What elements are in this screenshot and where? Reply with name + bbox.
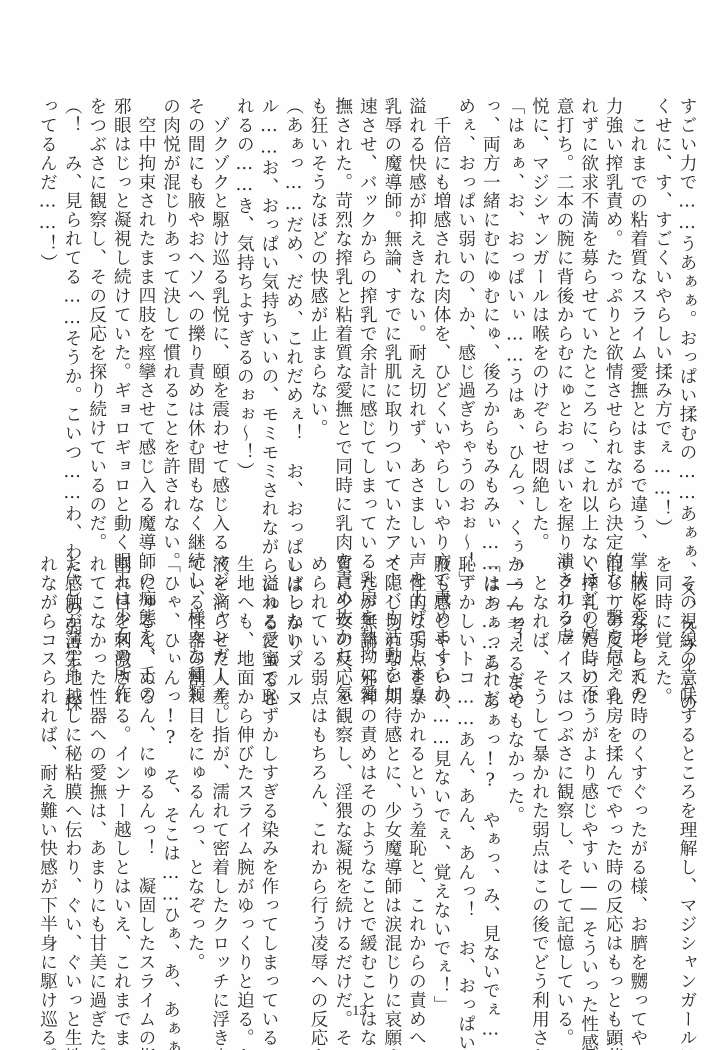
text-column: く搾乳した時のほうがより感じやすい——そういった性感のすべてを、 bbox=[576, 555, 601, 935]
text-column: 速させ、バックからの搾乳で余計に感じてしまっている乳房を執拗に愛 bbox=[355, 97, 380, 517]
text-column: て隠し切れない期待感とに、少女魔導師は涙混じりに哀願する。 bbox=[379, 555, 404, 935]
text-column: その視線の意味するところを理解し、マジシャンガールは羞恥と恐怖 bbox=[674, 555, 699, 935]
text-column: 恥ずかしいトコ……あん、あん、あんっ！ お、おっぱい弱いの、わ、 bbox=[453, 555, 478, 935]
page-number: 13 bbox=[0, 1003, 719, 1020]
text-column: 液を滴らせた人差し指が、濡れて密着したクロッチに浮き出してしまっ bbox=[207, 555, 232, 935]
text-column: （！ み、見られてる……そうか。こいつ……わ、わたしの弱点を、探 bbox=[60, 97, 85, 517]
text-column: 邪眼はじっと凝視し続けていた。ギョロギョロと動く眼玉は少女の所作 bbox=[109, 97, 134, 517]
text-column: 腋をなぞられた時のくすぐったがる様、お臍を嬲ってやった時の羞恥 bbox=[625, 555, 650, 935]
text-column: 「ひゃ、ひぃんっ!? そ、そこは……ひぁ、あ、あぁぁんっ！」 bbox=[158, 555, 183, 935]
text-column: 悦に、マジシャンガールは喉をのけぞらせ悶絶した。 bbox=[527, 97, 552, 517]
text-column: くせに、す、すごくいやらしい揉み方でぇ……！） bbox=[650, 97, 675, 517]
text-column: められている弱点はもちろん、これから行う凌辱への反応も決して見逃 bbox=[306, 555, 331, 935]
text-column: 溢れる快感が抑えきれない。耐え切れず、あさましい声を上げてしまう bbox=[404, 97, 429, 517]
text-column: 「はぁぁ、お、おっぱいぃ……うはぁ、ひんっ、くぅぅぅんっ！ だめ bbox=[502, 97, 527, 517]
text-column: の肉悦が混じりあって決して慣れることを許されない。 bbox=[158, 97, 183, 517]
text-column: をつぶさに観察し、その反応を探り続けているのだ。 bbox=[84, 97, 109, 517]
text-column: だが無論、邪神の責めはそのようなことで緩むことはない。ただ無機 bbox=[355, 555, 380, 935]
text-block-lower: その視線の意味するところを理解し、マジシャンガールは羞恥と恐怖を同時に覚えた。 … bbox=[35, 555, 699, 935]
text-column: となれば、そうして暴かれた弱点はこの後でどう利用されてしまうの bbox=[527, 555, 552, 935]
text-column: すごい力で……うあぁぁ。おっぱい揉むの……あぁぁ、ス、スライムの bbox=[674, 97, 699, 517]
text-column: ル……お、おっぱい気持ちいいの、モミモミされながらにゅるにゅるさ bbox=[256, 97, 281, 517]
text-column: ている性器の割れ目をにゅるんっ、となぞった。 bbox=[183, 555, 208, 935]
text-block-upper: すごい力で……うあぁぁ。おっぱい揉むの……あぁぁ、ス、スライムのくせに、す、すご… bbox=[35, 97, 699, 517]
text-column: 千倍にも増感された肉体を、ひどくいやらしいやり方で責めまくられ、 bbox=[428, 97, 453, 517]
text-column: 混じりの反応。乳房を揉んでやった時の反応はもっとも顕著だが、力強 bbox=[601, 555, 626, 935]
text-column: た感触が薄生地越しに秘粘膜へ伝わり、ぐい、ぐいっと生地を押しこま bbox=[60, 555, 85, 935]
text-column: しはしない。 bbox=[281, 555, 306, 935]
text-column: 乳辱の魔導師。無論、すでに乳肌に取りついていたアメーバも活動を加 bbox=[379, 97, 404, 517]
text-column: 質に少女の反応を観察し、淫猥な凝視を続けるだけだ。その視線は今責 bbox=[330, 555, 355, 935]
text-column: にゅるん、ぬるん、にゅるんっ！ 凝固したスライムの指に、力強く bbox=[133, 555, 158, 935]
text-column: も狂いそうなほどの快感が止まらない。 bbox=[306, 97, 331, 517]
text-column: サクリファイスはつぶさに観察し、そして記憶している。 bbox=[551, 555, 576, 935]
text-column: れるの……き、気持ちよすぎるのぉぉ〜！） bbox=[232, 97, 257, 517]
text-column: 割れ目を刺激される。インナー越しとはいえ、これまでまったく触れら bbox=[109, 555, 134, 935]
text-column: 力強い搾乳責め。たっぷりと欲情させられながら決定的な一撃を与えら bbox=[601, 97, 626, 517]
book-page: すごい力で……うあぁぁ。おっぱい揉むの……あぁぁ、ス、スライムのくせに、す、すご… bbox=[0, 0, 719, 1050]
text-column: 空中拘束されたまま四肢を痙攣させて感じ入る魔導師の痴態を、千の bbox=[133, 97, 158, 517]
text-column: その間にも腋やおヘソへの擽り責めは休む間もなく継続し、様々な種類 bbox=[183, 97, 208, 517]
text-column: を同時に覚えた。 bbox=[650, 555, 675, 935]
text-column: 撫された。苛烈な搾乳と粘着質な愛撫とで同時に乳肉を責め抜かれ、気 bbox=[330, 97, 355, 517]
text-column: （あぁっ……だめ、だめ、これだめぇ！ お、おっぱいばっかりヌルヌ bbox=[281, 97, 306, 517]
text-column: か——考えるまでもなかった。 bbox=[502, 555, 527, 935]
text-column: 生地へも、地面から伸びたスライム腕がゆっくりと迫る。たっぷりと粘 bbox=[232, 555, 257, 935]
text-column: ってるんだ……！） bbox=[35, 97, 60, 517]
text-column: っ、両方一緒にむにゅむにゅ、後ろからもみもみぃ……はあぁっこれだ bbox=[478, 97, 503, 517]
text-column: 溢れる愛蜜で恥ずかしすぎる染みを作ってしまっているレオタート bbox=[256, 555, 281, 935]
text-column: 腋も感じやすいの……見ないでぇ、覚えないでぇ！」 bbox=[428, 555, 453, 935]
text-column: れてこなかった性器への愛撫は、あまりにも甘美に過ぎた。ヌルヌルし bbox=[84, 555, 109, 935]
text-column: ゾクゾクと駆け巡る乳悦に、頤を震わせて感じ入るマジシャンガール。 bbox=[207, 97, 232, 517]
text-column: めぇ、おっぱい弱いの、か、感じ過ぎちゃうのおぉ〜！」 bbox=[453, 97, 478, 517]
text-column: 「はっ……あ、あぁっ!? やぁっ、み、見ないでぇ……わたしのこんな bbox=[478, 555, 503, 935]
text-column: これまでの粘着質なスライム愛撫とはまるで違う、掌状に変形しての bbox=[625, 97, 650, 517]
text-column: 意打ち。二本の腕に背後からむにゅとおっぱいを握り潰される虐 bbox=[551, 97, 576, 517]
text-column: れずに欲求不満を募らせていたところに、これ以上ないほどの嬉しい不 bbox=[576, 97, 601, 517]
text-column: 性的な弱点を暴かれるという羞恥と、これからの責めへの絶望、そし bbox=[404, 555, 429, 935]
text-column: れながらコスられれば、耐え難い快感が下半身に駆け巡る。 bbox=[35, 555, 60, 935]
